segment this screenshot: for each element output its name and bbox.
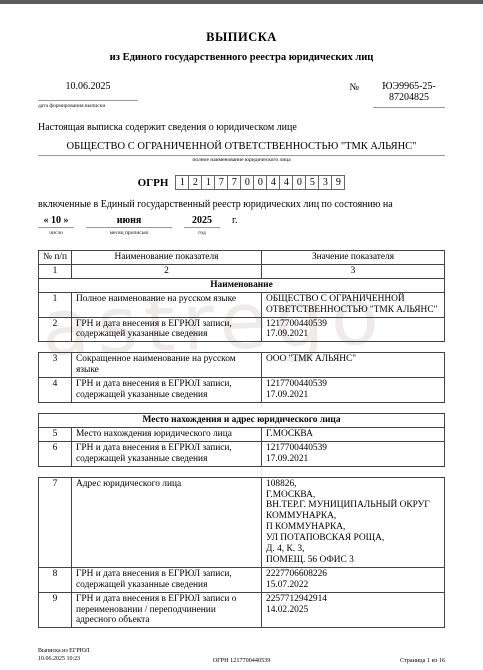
details-table: № п/пНаименование показателяЗначение пок… (38, 250, 445, 342)
column-header-cell: Значение показателя (262, 251, 445, 265)
extract-number-value: ЮЭ9965-25- 87204825 (373, 81, 445, 108)
column-header-cell: Наименование показателя (72, 251, 262, 265)
row-number-cell: 4 (39, 378, 72, 403)
ogrn-digit: 9 (331, 175, 345, 190)
document-subtitle: из Единого государственного реестра юрид… (38, 52, 445, 63)
ogrn-digit: 0 (253, 175, 267, 190)
row-number-cell: 9 (39, 592, 72, 628)
row-number-cell: 3 (39, 353, 72, 378)
indicator-name-cell: ГРН и дата внесения в ЕГРЮЛ записи, соде… (72, 317, 262, 342)
year-field: 2025 год (184, 215, 220, 236)
details-table: Место нахождения и адрес юридического ли… (38, 413, 445, 467)
footer-page-number: Страница 1 из 16 (309, 657, 445, 664)
table-row: 1Полное наименование на русском языкеОБЩ… (39, 292, 445, 317)
indicator-value-cell: Г.МОСКВА (262, 427, 445, 441)
indicator-value-cell: 108826, Г.МОСКВА, ВН.ТЕР.Г. МУНИЦИПАЛЬНЫ… (262, 477, 445, 567)
column-header-cell: № п/п (39, 251, 72, 265)
year-caption: год (184, 230, 220, 236)
number-sign: № (349, 82, 359, 93)
details-tables: № п/пНаименование показателяЗначение пок… (38, 250, 445, 628)
extract-number-line2: 87204825 (373, 92, 445, 103)
formation-date-block: 10.06.2025 дата формирования выписки (38, 81, 138, 109)
table-row: 2ГРН и дата внесения в ЕГРЮЛ записи, сод… (39, 317, 445, 342)
section-row: Наименование (39, 278, 445, 292)
table-row: 4ГРН и дата внесения в ЕГРЮЛ записи, сод… (39, 378, 445, 403)
column-number-cell: 1 (39, 264, 72, 278)
indicator-value-cell: 1217700440539 17.09.2021 (262, 317, 445, 342)
table-row: 6ГРН и дата внесения в ЕГРЮЛ записи, сод… (39, 441, 445, 466)
indicator-name-cell: Место нахождения юридического лица (72, 427, 262, 441)
row-number-cell: 1 (39, 292, 72, 317)
company-full-name: ОБЩЕСТВО С ОГРАНИЧЕННОЙ ОТВЕТСТВЕННОСТЬЮ… (38, 141, 445, 156)
window-top-bar (0, 0, 483, 4)
table-row: 3Сокращенное наименование на русском язы… (39, 353, 445, 378)
ogrn-digit: 7 (227, 175, 241, 190)
ogrn-digit: 4 (279, 175, 293, 190)
details-table: 7Адрес юридического лица108826, Г.МОСКВА… (38, 477, 445, 629)
indicator-value-cell: 1217700440539 17.09.2021 (262, 441, 445, 466)
ogrn-row: ОГРН 1217700440539 (38, 175, 445, 190)
section-header-cell: Место нахождения и адрес юридического ли… (39, 413, 445, 427)
included-text: включенные в Единый государственный реес… (38, 199, 445, 210)
day-caption: число (38, 230, 74, 236)
table-row: 8ГРН и дата внесения в ЕГРЮЛ записи, сод… (39, 567, 445, 592)
indicator-name-cell: Сокращенное наименование на русском язык… (72, 353, 262, 378)
header-meta-row: 10.06.2025 дата формирования выписки № Ю… (38, 81, 445, 109)
indicator-name-cell: ГРН и дата внесения в ЕГРЮЛ записи, соде… (72, 441, 262, 466)
extract-number-line1: ЮЭ9965-25- (373, 81, 445, 92)
intro-text: Настоящая выписка содержит сведения о юр… (38, 122, 445, 133)
document-body: ВЫПИСКА из Единого государственного реес… (0, 30, 483, 628)
ogrn-digit: 3 (318, 175, 332, 190)
footer-left: Выписка из ЕГРЮЛ 10.06.2025 10:23 (38, 648, 174, 664)
indicator-value-cell: 1217700440539 17.09.2021 (262, 378, 445, 403)
ogrn-digit: 7 (214, 175, 228, 190)
indicator-name-cell: Полное наименование на русском языке (72, 292, 262, 317)
ogrn-digit: 4 (266, 175, 280, 190)
row-number-cell: 2 (39, 317, 72, 342)
footer-print-datetime: 10.06.2025 10:23 (38, 656, 174, 664)
footer-ogrn: ОГРН 1217700440539 (174, 657, 310, 664)
egrul-extract-page: { "watermark": { "text": "astrego" }, "h… (0, 0, 483, 670)
indicator-value-cell: ООО "ТМК АЛЬЯНС" (262, 353, 445, 378)
ogrn-label: ОГРН (138, 177, 169, 189)
ogrn-digit: 2 (188, 175, 202, 190)
year-suffix: г. (232, 215, 237, 226)
as-of-date-row: « 10 » число июня месяц прописью 2025 го… (38, 215, 445, 236)
page-footer: Выписка из ЕГРЮЛ 10.06.2025 10:23 ОГРН 1… (38, 648, 445, 664)
row-number-cell: 5 (39, 427, 72, 441)
month-field: июня месяц прописью (86, 215, 172, 236)
month-value: июня (86, 215, 172, 228)
section-header-cell: Наименование (39, 278, 445, 292)
section-row: Место нахождения и адрес юридического ли… (39, 413, 445, 427)
ogrn-digit: 0 (240, 175, 254, 190)
table-row: 9ГРН и дата внесения в ЕГРЮЛ записи о пе… (39, 592, 445, 628)
row-number-cell: 8 (39, 567, 72, 592)
table-row: № п/пНаименование показателяЗначение пок… (39, 251, 445, 265)
formation-date-value: 10.06.2025 (38, 81, 138, 101)
indicator-name-cell: ГРН и дата внесения в ЕГРЮЛ записи, соде… (72, 567, 262, 592)
extract-number-block: № ЮЭ9965-25- 87204825 (349, 81, 445, 109)
ogrn-digit: 1 (201, 175, 215, 190)
company-name-caption: полное наименование юридического лица (38, 157, 445, 163)
indicator-name-cell: Адрес юридического лица (72, 477, 262, 567)
row-number-cell: 7 (39, 477, 72, 567)
details-table: 3Сокращенное наименование на русском язы… (38, 352, 445, 403)
ogrn-digit: 1 (175, 175, 189, 190)
column-number-cell: 3 (262, 264, 445, 278)
year-value: 2025 (184, 215, 220, 228)
indicator-value-cell: 2227706608226 15.07.2022 (262, 567, 445, 592)
row-number-cell: 6 (39, 441, 72, 466)
indicator-name-cell: ГРН и дата внесения в ЕГРЮЛ записи о пер… (72, 592, 262, 628)
formation-date-caption: дата формирования выписки (38, 103, 138, 109)
indicator-value-cell: 2257712942914 14.02.2025 (262, 592, 445, 628)
indicator-value-cell: ОБЩЕСТВО С ОГРАНИЧЕННОЙ ОТВЕТСТВЕННОСТЬЮ… (262, 292, 445, 317)
column-number-cell: 2 (72, 264, 262, 278)
footer-doc-type: Выписка из ЕГРЮЛ (38, 648, 174, 656)
ogrn-digit-boxes: 1217700440539 (176, 175, 345, 190)
ogrn-digit: 0 (292, 175, 306, 190)
table-row: 123 (39, 264, 445, 278)
month-caption: месяц прописью (86, 230, 172, 236)
day-field: « 10 » число (38, 215, 74, 236)
day-value: « 10 » (38, 215, 74, 228)
document-title: ВЫПИСКА (38, 30, 445, 45)
table-row: 7Адрес юридического лица108826, Г.МОСКВА… (39, 477, 445, 567)
ogrn-digit: 5 (305, 175, 319, 190)
indicator-name-cell: ГРН и дата внесения в ЕГРЮЛ записи, соде… (72, 378, 262, 403)
table-row: 5Место нахождения юридического лицаГ.МОС… (39, 427, 445, 441)
